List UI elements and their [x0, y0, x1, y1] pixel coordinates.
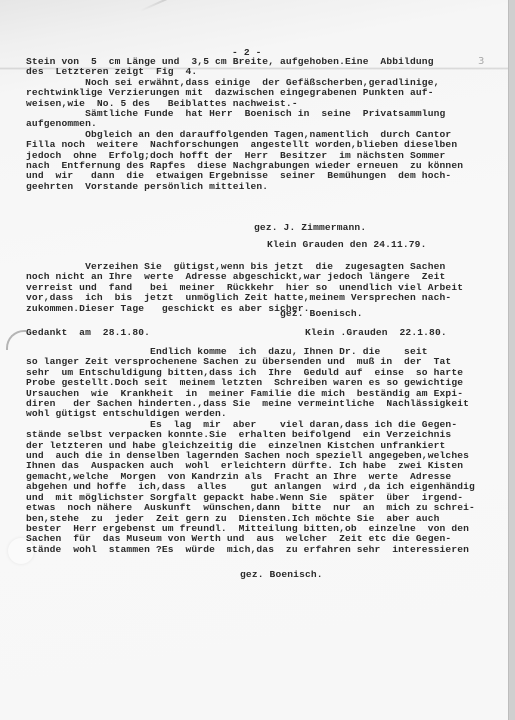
scanned-letter-page: 3 - 2 - Stein von 5 cm Länge und 3,5 cm … [0, 0, 509, 720]
place-date-1: Klein Grauden den 24.11.79. [267, 240, 427, 250]
place-date-2: Klein .Grauden 22.1.80. [305, 328, 447, 338]
text-line: geehrten Vorstande persönlich mitteilen. [26, 182, 463, 192]
signature-zimmermann: gez. J. Zimmermann. [254, 223, 366, 233]
paragraph-apology: Verzeihen Sie gütigst,wenn bis jetzt die… [26, 262, 463, 314]
margin-mark [6, 330, 26, 350]
text-line: etwas noch nähere Auskunft wünschen,dann… [26, 503, 475, 513]
signature-boenisch-2: gez. Boenisch. [240, 570, 323, 580]
signature-boenisch-1: gez. Boenisch. [280, 309, 363, 319]
received-note: Gedankt am 28.1.80. [26, 328, 150, 338]
paragraph-shipment: Endlich komme ich dazu, Ihnen Dr. die se… [26, 347, 475, 555]
paragraph-findings: Stein von 5 cm Länge und 3,5 cm Breite, … [26, 57, 463, 192]
text-line: stände wohl stammen ?Es würde mich,das z… [26, 545, 475, 555]
text-line: zukommen.Dieser Tage geschickt es aber s… [26, 304, 463, 314]
page-edge [508, 0, 515, 720]
folio-number: 3 [478, 56, 484, 67]
paper-crease [140, 0, 260, 12]
